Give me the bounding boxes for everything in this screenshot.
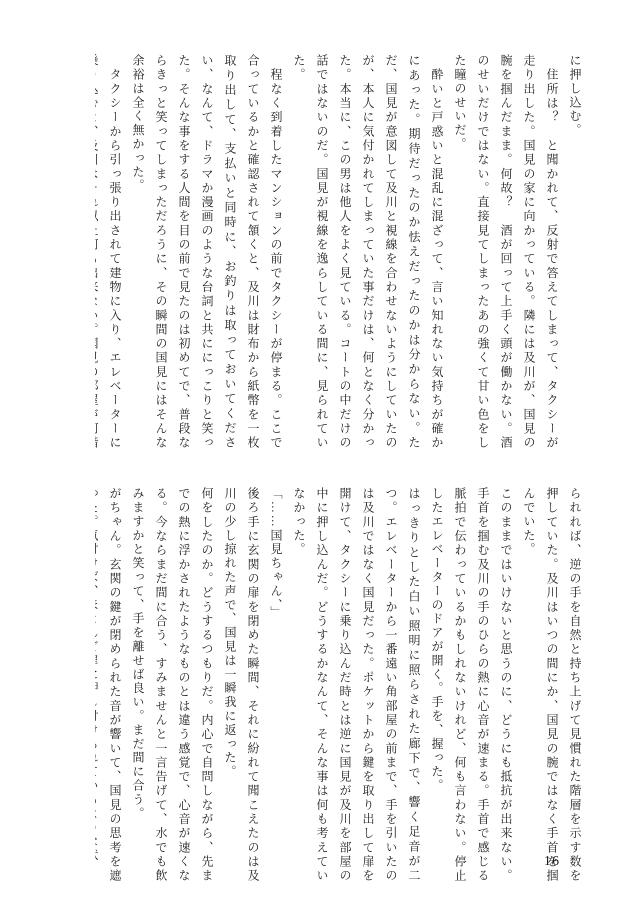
paragraph: はっきりとした白い照明に照らされた廊下で、響く足音が二つ。エレベーターから一番遠…	[287, 487, 425, 883]
book-page: に押し込む。 住所は？ と聞かれて、反射で答えてしまって、タクシーが走り出した。…	[0, 0, 634, 903]
page-number: 16	[544, 853, 561, 869]
paragraph: 住所は？ と聞かれて、反射で答えてしまって、タクシーが走り出した。国見の家に向か…	[448, 54, 563, 450]
paragraph: このままではいけないと思うのに、どうにも抵抗が出来ない。手首を掴む及川の手のひら…	[425, 487, 517, 883]
text-block-bottom: られれば、逆の手を自然と持ち上げて見慣れた階層を示す数を押していた。及川はいつの…	[95, 487, 586, 883]
text-block-top: に押し込む。 住所は？ と聞かれて、反射で答えてしまって、タクシーが走り出した。…	[95, 54, 586, 450]
paragraph: 程なく到着したマンションの前でタクシーが停まる。ここで合っているかと確認されて頷…	[126, 54, 287, 450]
paragraph: られれば、逆の手を自然と持ち上げて見慣れた階層を示す数を押していた。及川はいつの…	[517, 487, 586, 883]
paragraph: 酔いと戸惑いと混乱に混ざって、言い知れない気持ちが確かにあった。期待だったのか怯…	[287, 54, 448, 450]
paragraph: 後ろ手に玄関の扉を閉めた瞬間、それに紛れて聞こえたのは及川の少し掠れた声で、国見…	[218, 487, 264, 883]
paragraph: タクシーから引っ張り出されて建物に入り、エレベーターに乗り込むと、及川はそれ以上…	[95, 54, 126, 450]
dialogue-line: 「……国見ちゃん、」	[264, 487, 287, 883]
paragraph: に押し込む。	[563, 54, 586, 450]
paragraph: がちゃん。玄関の鍵が閉められた音が響いて、国見の思考を遮った。気付けば、ほとんど…	[95, 487, 126, 883]
paragraph: 何をしたのか。どうするつもりだ。内心で自問しながら、先までの熱に浮かされたような…	[126, 487, 218, 883]
